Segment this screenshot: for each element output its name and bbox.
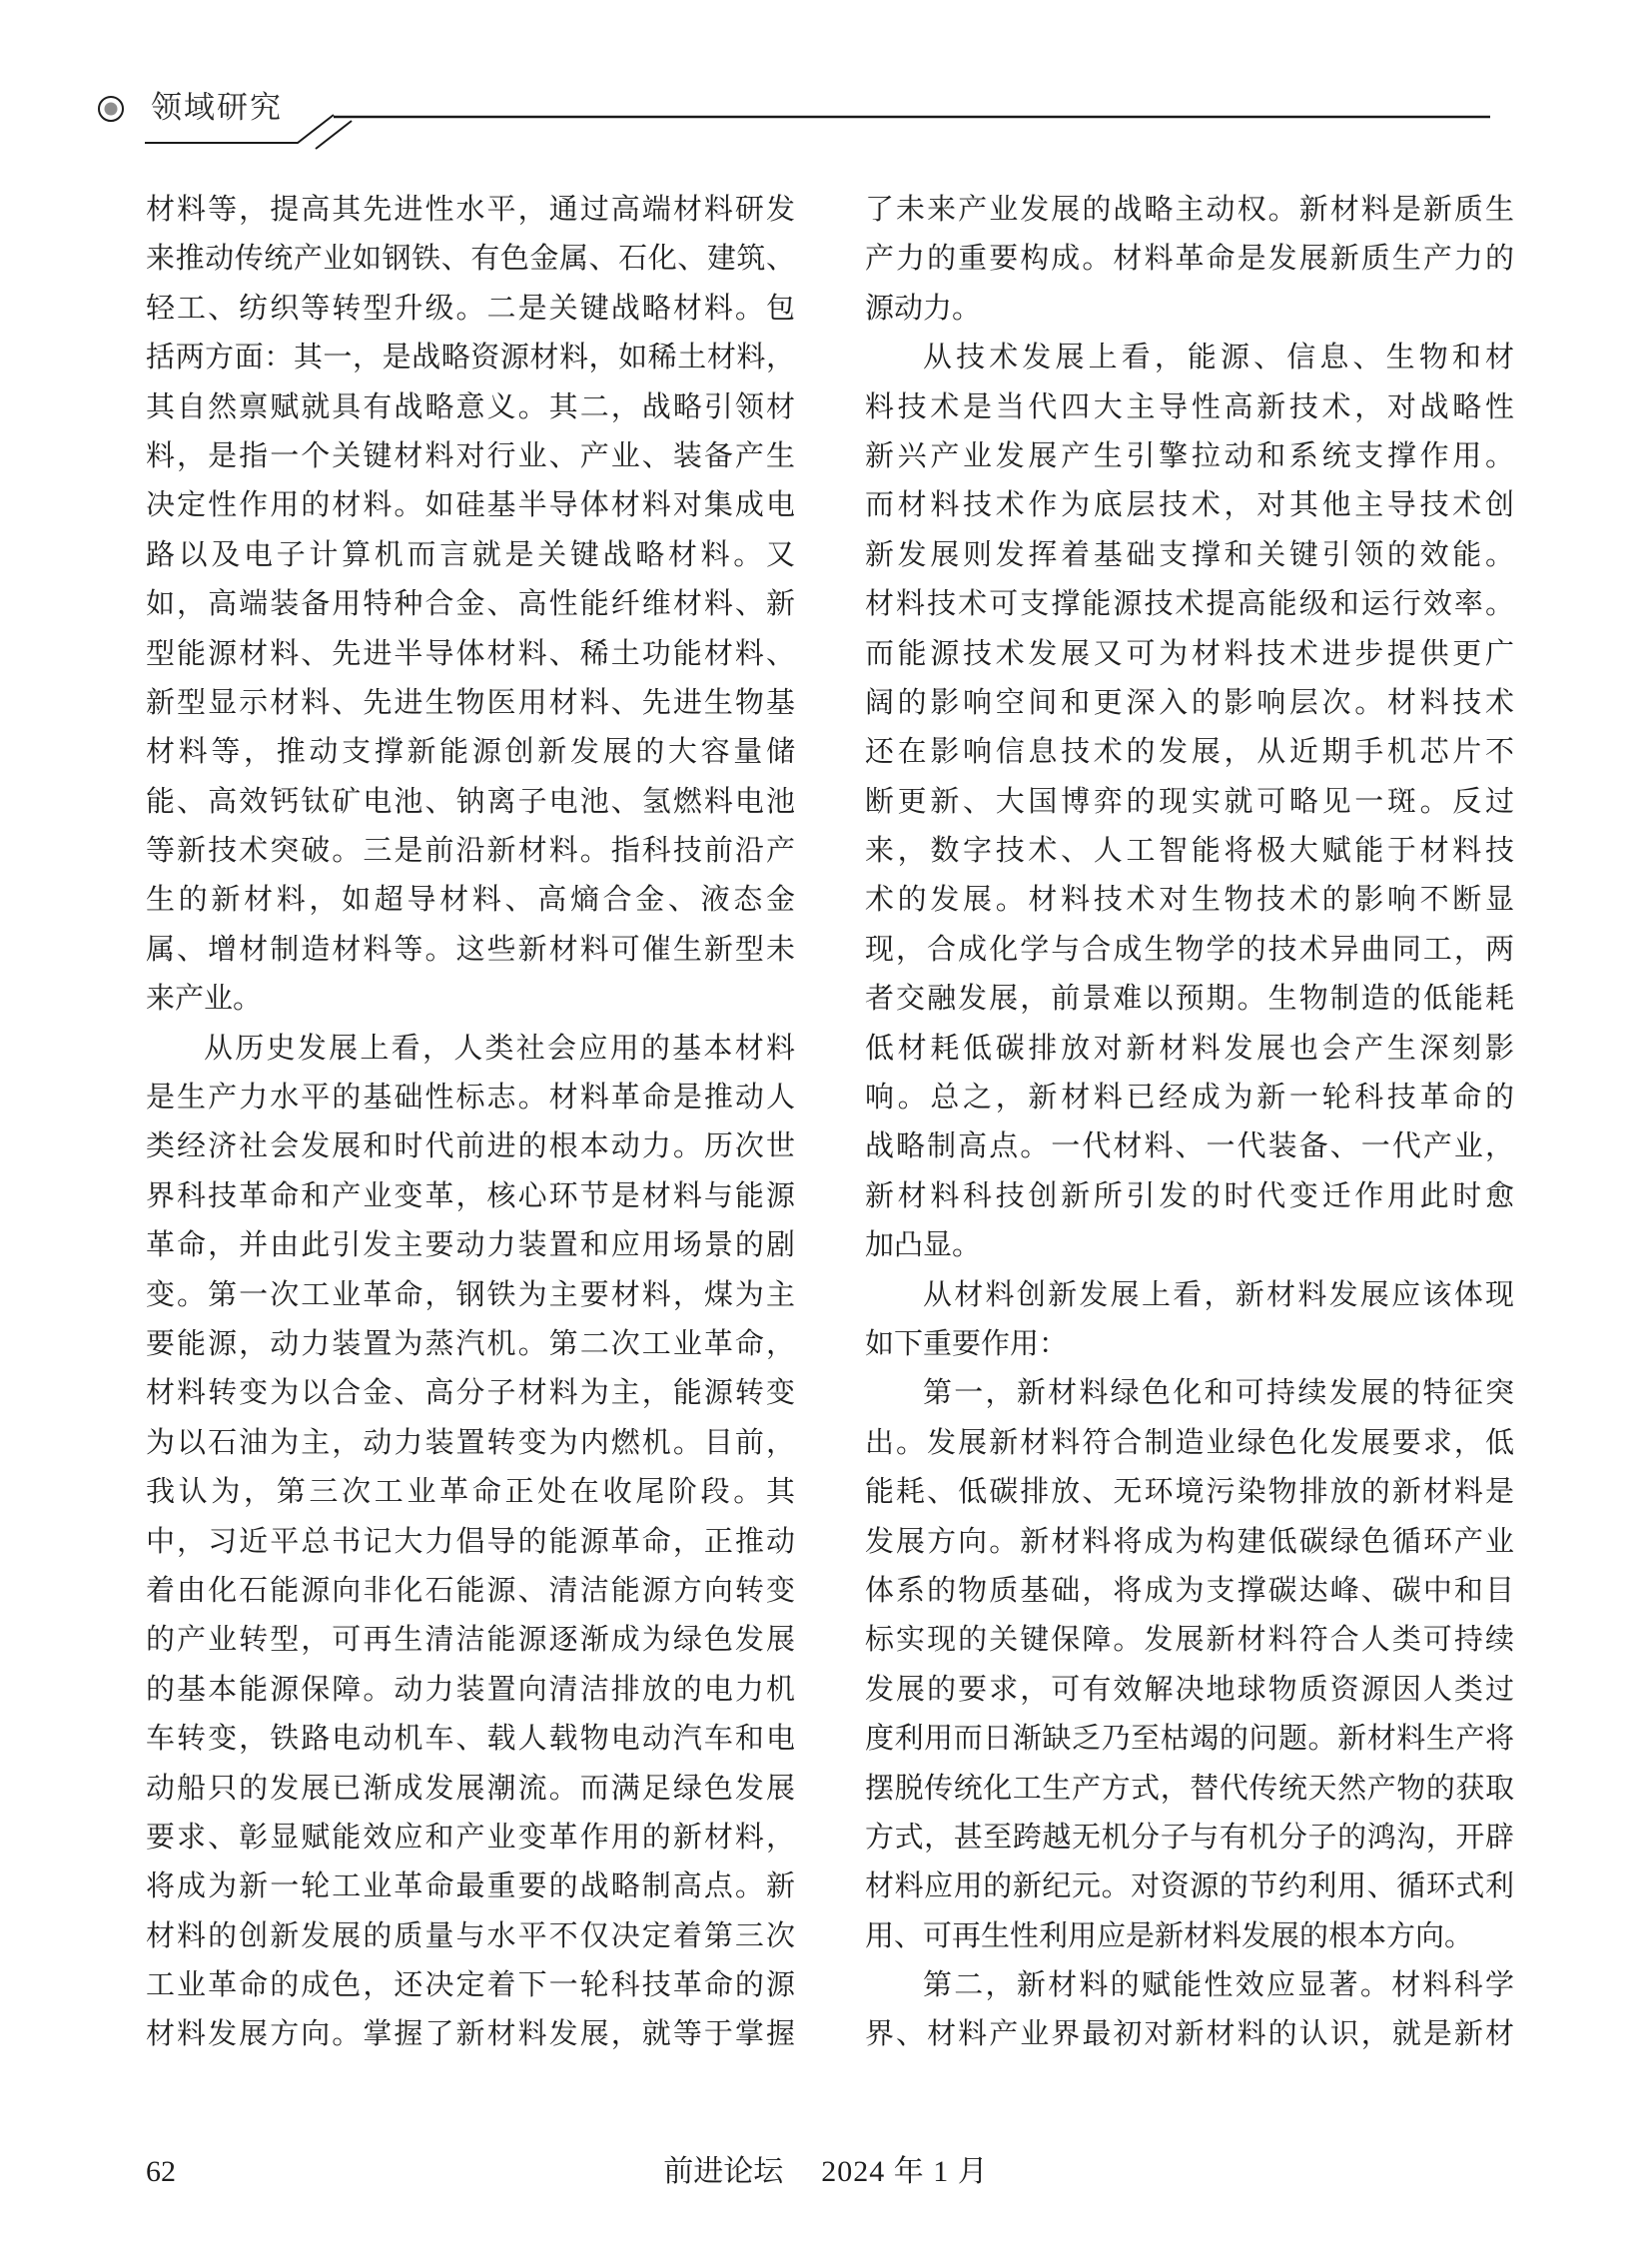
text-line: 摆脱传统化工生产方式，替代传统天然产物的获取 xyxy=(865,1765,1514,1814)
bullseye-icon xyxy=(96,94,126,124)
text-line: 还在影响信息技术的发展，从近期手机芯片不 xyxy=(865,728,1514,777)
text-line: 源动力。 xyxy=(865,285,1514,334)
footer-journal-line: 前进论坛2024 年 1 月 xyxy=(0,2147,1652,2197)
text-line: 出。发展新材料符合制造业绿色化发展要求，低 xyxy=(865,1419,1514,1468)
text-line: 来产业。 xyxy=(146,975,795,1024)
text-line: 括两方面：其一，是战略资源材料，如稀土材料， xyxy=(146,334,795,382)
text-line: 工业革命的成色，还决定着下一轮科技革命的源 xyxy=(146,1961,795,2010)
text-line: 将成为新一轮工业革命最重要的战略制高点。新 xyxy=(146,1863,795,1911)
text-line: 要求、彰显赋能效应和产业变革作用的新材料， xyxy=(146,1814,795,1863)
text-line: 材料发展方向。掌握了新材料发展，就等于掌握 xyxy=(146,2010,795,2059)
text-line: 料技术是当代四大主导性高新技术，对战略性 xyxy=(865,383,1514,432)
text-line: 路以及电子计算机而言就是关键战略材料。又 xyxy=(146,531,795,580)
text-line: 方式，甚至跨越无机分子与有机分子的鸿沟，开辟 xyxy=(865,1814,1514,1863)
text-line: 是生产力水平的基础性标志。材料革命是推动人 xyxy=(146,1074,795,1122)
text-line: 新发展则发挥着基础支撑和关键引领的效能。 xyxy=(865,531,1514,580)
text-line: 用、可再生性利用应是新材料发展的根本方向。 xyxy=(865,1912,1514,1961)
text-line: 新兴产业发展产生引擎拉动和系统支撑作用。 xyxy=(865,432,1514,481)
journal-title: 前进论坛 xyxy=(663,2147,783,2197)
text-line: 变。第一次工业革命，钢铁为主要材料，煤为主 xyxy=(146,1271,795,1320)
text-line: 现，合成化学与合成生物学的技术异曲同工，两 xyxy=(865,926,1514,975)
text-line: 能耗、低碳排放、无环境污染物排放的新材料是 xyxy=(865,1468,1514,1517)
text-line: 要能源，动力装置为蒸汽机。第二次工业革命， xyxy=(146,1320,795,1369)
text-line: 如，高端装备用特种合金、高性能纤维材料、新 xyxy=(146,580,795,629)
text-line: 而能源技术发展又可为材料技术进步提供更广 xyxy=(865,630,1514,679)
text-line: 其自然禀赋就具有战略意义。其二，战略引领材 xyxy=(146,383,795,432)
text-line: 界科技革命和产业变革，核心环节是材料与能源 xyxy=(146,1172,795,1221)
text-line: 轻工、纺织等转型升级。二是关键战略材料。包 xyxy=(146,285,795,334)
text-line: 革命，并由此引发主要动力装置和应用场景的剧 xyxy=(146,1221,795,1270)
text-line: 来，数字技术、人工智能将极大赋能于材料技 xyxy=(865,827,1514,876)
text-line: 来推动传统产业如钢铁、有色金属、石化、建筑、 xyxy=(146,235,795,284)
text-line: 从材料创新发展上看，新材料发展应该体现 xyxy=(865,1271,1514,1320)
text-line: 等新技术突破。三是前沿新材料。指科技前沿产 xyxy=(146,827,795,876)
text-line: 界、材料产业界最初对新材料的认识，就是新材 xyxy=(865,2010,1514,2059)
text-line: 新型显示材料、先进生物医用材料、先进生物基 xyxy=(146,679,795,728)
text-line: 车转变，铁路电动机车、载人载物电动汽车和电 xyxy=(146,1715,795,1764)
text-line: 了未来产业发展的战略主动权。新材料是新质生 xyxy=(865,186,1514,235)
text-line: 术的发展。材料技术对生物技术的影响不断显 xyxy=(865,876,1514,925)
text-line: 动船只的发展已渐成发展潮流。而满足绿色发展 xyxy=(146,1765,795,1814)
header-rule xyxy=(140,106,1498,156)
text-line: 加凸显。 xyxy=(865,1221,1514,1270)
text-line: 阔的影响空间和更深入的影响层次。材料技术 xyxy=(865,679,1514,728)
text-line: 从历史发展上看，人类社会应用的基本材料 xyxy=(146,1025,795,1074)
text-line: 发展方向。新材料将成为构建低碳绿色循环产业 xyxy=(865,1518,1514,1567)
text-line: 如下重要作用： xyxy=(865,1320,1514,1369)
text-line: 材料等，推动支撑新能源创新发展的大容量储 xyxy=(146,728,795,777)
issue-date: 2024 年 1 月 xyxy=(821,2147,989,2197)
text-line: 发展的要求，可有效解决地球物质资源因人类过 xyxy=(865,1666,1514,1715)
text-line: 的基本能源保障。动力装置向清洁排放的电力机 xyxy=(146,1666,795,1715)
text-line: 材料的创新发展的质量与水平不仅决定着第三次 xyxy=(146,1912,795,1961)
text-line: 料，是指一个关键材料对行业、产业、装备产生 xyxy=(146,432,795,481)
text-line: 能、高效钙钛矿电池、钠离子电池、氢燃料电池 xyxy=(146,778,795,827)
text-line: 响。总之，新材料已经成为新一轮科技革命的 xyxy=(865,1074,1514,1122)
text-line: 属、增材制造材料等。这些新材料可催生新型未 xyxy=(146,926,795,975)
page-footer: 62 前进论坛2024 年 1 月 xyxy=(0,2147,1652,2197)
text-line: 中，习近平总书记大力倡导的能源革命，正推动 xyxy=(146,1518,795,1567)
text-line: 断更新、大国博弈的现实就可略见一斑。反过 xyxy=(865,778,1514,827)
text-line: 着由化石能源向非化石能源、清洁能源方向转变 xyxy=(146,1567,795,1616)
text-line: 材料转变为以合金、高分子材料为主，能源转变 xyxy=(146,1369,795,1418)
text-line: 为以石油为主，动力装置转变为内燃机。目前， xyxy=(146,1419,795,1468)
text-line: 第二，新材料的赋能性效应显著。材料科学 xyxy=(865,1961,1514,2010)
text-line: 新材料科技创新所引发的时代变迁作用此时愈 xyxy=(865,1172,1514,1221)
text-line: 材料等，提高其先进性水平，通过高端材料研发 xyxy=(146,186,795,235)
text-line: 第一，新材料绿色化和可持续发展的特征突 xyxy=(865,1369,1514,1418)
text-line: 我认为，第三次工业革命正处在收尾阶段。其 xyxy=(146,1468,795,1517)
text-line: 决定性作用的材料。如硅基半导体材料对集成电 xyxy=(146,481,795,530)
text-line: 体系的物质基础，将成为支撑碳达峰、碳中和目 xyxy=(865,1567,1514,1616)
text-line: 类经济社会发展和时代前进的根本动力。历次世 xyxy=(146,1122,795,1171)
text-line: 型能源材料、先进半导体材料、稀土功能材料、 xyxy=(146,630,795,679)
text-line: 产力的重要构成。材料革命是发展新质生产力的 xyxy=(865,235,1514,284)
text-line: 生的新材料，如超导材料、高熵合金、液态金 xyxy=(146,876,795,925)
scanned-journal-page: 领域研究 材料等，提高其先进性水平，通过高端材料研发来推动传统产业如钢铁、有色金… xyxy=(0,0,1652,2242)
text-line: 者交融发展，前景难以预期。生物制造的低能耗 xyxy=(865,975,1514,1024)
article-column-left: 材料等，提高其先进性水平，通过高端材料研发来推动传统产业如钢铁、有色金属、石化、… xyxy=(146,186,795,2060)
text-line: 材料应用的新纪元。对资源的节约利用、循环式利 xyxy=(865,1863,1514,1911)
text-line: 标实现的关键保障。发展新材料符合人类可持续 xyxy=(865,1616,1514,1665)
text-line: 材料技术可支撑能源技术提高能级和运行效率。 xyxy=(865,580,1514,629)
text-line: 的产业转型，可再生清洁能源逐渐成为绿色发展 xyxy=(146,1616,795,1665)
text-line: 而材料技术作为底层技术，对其他主导技术创 xyxy=(865,481,1514,530)
text-line: 度利用而日渐缺乏乃至枯竭的问题。新材料生产将 xyxy=(865,1715,1514,1764)
article-column-right: 了未来产业发展的战略主动权。新材料是新质生产力的重要构成。材料革命是发展新质生产… xyxy=(865,186,1514,2060)
text-line: 低材耗低碳排放对新材料发展也会产生深刻影 xyxy=(865,1025,1514,1074)
text-line: 从技术发展上看，能源、信息、生物和材 xyxy=(865,334,1514,382)
text-line: 战略制高点。一代材料、一代装备、一代产业， xyxy=(865,1122,1514,1171)
